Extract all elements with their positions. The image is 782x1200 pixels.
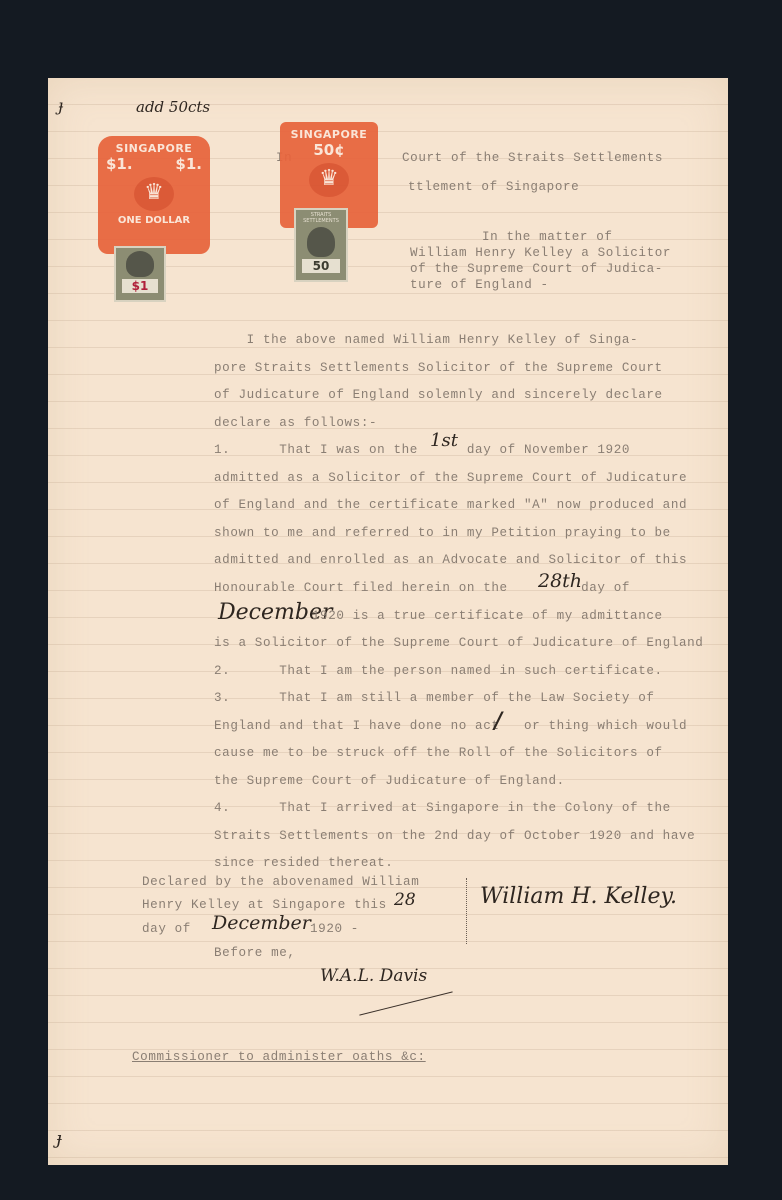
body-line-18: 4. That I arrived at Singapore in the Co… xyxy=(214,801,671,815)
body-line-6: admitted as a Solicitor of the Supreme C… xyxy=(214,471,687,485)
stamp-denomination: $1 xyxy=(122,279,158,293)
body-line-1: I the above named William Henry Kelley o… xyxy=(214,333,638,347)
body-line-7: of England and the certificate marked "A… xyxy=(214,498,687,512)
stamp-country: SINGAPORE xyxy=(280,128,378,141)
body-line-4: declare as follows:- xyxy=(214,416,377,430)
document-page: ɟ add 50cts ɟ SINGAPORE $1. $1. ONE DOLL… xyxy=(48,78,728,1165)
matter-line1: In the matter of xyxy=(482,230,613,244)
handwritten-slash-or: / xyxy=(494,708,502,734)
adhesive-stamp-one-dollar: $1 xyxy=(114,246,166,302)
stamp-denomination: 50 xyxy=(302,259,340,273)
jurat-brace xyxy=(466,878,469,944)
signature-flourish xyxy=(359,991,452,1015)
body-line-15: England and that I have done no act or t… xyxy=(214,719,687,733)
jurat-line4: Before me, xyxy=(214,946,296,960)
body-line-14: 3. That I am still a member of the Law S… xyxy=(214,691,655,705)
declarant-signature: William H. Kelley. xyxy=(480,884,677,909)
handwritten-jurat-month: December xyxy=(212,912,311,934)
body-line-12: is a Solicitor of the Supreme Court of J… xyxy=(214,636,703,650)
handwritten-day-28th: 28th xyxy=(538,570,582,592)
stamp-header: STRAITS SETTLEMENTS xyxy=(296,212,346,224)
handwritten-add-note: add 50cts xyxy=(136,98,210,116)
matter-line3: of the Supreme Court of Judica- xyxy=(410,262,663,276)
crown-icon xyxy=(309,163,349,197)
body-line-3: of Judicature of England solemnly and si… xyxy=(214,388,663,402)
jurat-line2: Henry Kelley at Singapore this xyxy=(142,898,387,912)
stamp-value-left: $1. xyxy=(106,155,133,173)
handwritten-day-1st: 1st xyxy=(430,430,458,451)
stamp-value-right: $1. xyxy=(175,155,202,173)
body-line-17: the Supreme Court of Judicature of Engla… xyxy=(214,774,565,788)
revenue-stamp-one-dollar: SINGAPORE $1. $1. ONE DOLLAR xyxy=(98,136,210,254)
margin-mark-top: ɟ xyxy=(58,96,63,115)
commissioner-label: Commissioner to administer oaths &c: xyxy=(132,1050,426,1064)
handwritten-jurat-day: 28 xyxy=(394,890,416,910)
body-line-2: pore Straits Settlements Solicitor of th… xyxy=(214,361,663,375)
body-line-9: admitted and enrolled as an Advocate and… xyxy=(214,553,687,567)
stamp-value: 50¢ xyxy=(280,141,378,159)
margin-mark-bottom: ɟ xyxy=(56,1128,62,1149)
heading-line2: ttlement of Singapore xyxy=(408,180,579,194)
king-portrait-icon xyxy=(307,227,335,257)
jurat-line3-prefix: day of xyxy=(142,922,191,936)
body-line-19: Straits Settlements on the 2nd day of Oc… xyxy=(214,829,695,843)
jurat-line1: Declared by the abovenamed William xyxy=(142,875,419,889)
matter-line4: ture of England - xyxy=(410,278,549,292)
body-line-11: 1920 is a true certificate of my admitta… xyxy=(214,609,663,623)
stamp-country: SINGAPORE xyxy=(98,142,210,155)
body-line-8: shown to me and referred to in my Petiti… xyxy=(214,526,671,540)
jurat-line3-suffix: 1920 - xyxy=(310,922,359,936)
body-line-16: cause me to be struck off the Roll of th… xyxy=(214,746,663,760)
body-line-5: 1. That I was on the day of November 192… xyxy=(214,443,630,457)
body-line-13: 2. That I am the person named in such ce… xyxy=(214,664,663,678)
adhesive-stamp-fifty-cents: STRAITS SETTLEMENTS 50 xyxy=(294,208,348,282)
matter-line2: William Henry Kelley a Solicitor xyxy=(410,246,671,260)
heading-line1-right: Court of the Straits Settlements xyxy=(402,151,663,165)
stamp-bottom-text: ONE DOLLAR xyxy=(98,215,210,226)
commissioner-signature: W.A.L. Davis xyxy=(320,966,427,986)
crown-icon xyxy=(134,177,174,211)
body-line-20: since resided thereat. xyxy=(214,856,393,870)
king-portrait-icon xyxy=(126,251,154,277)
